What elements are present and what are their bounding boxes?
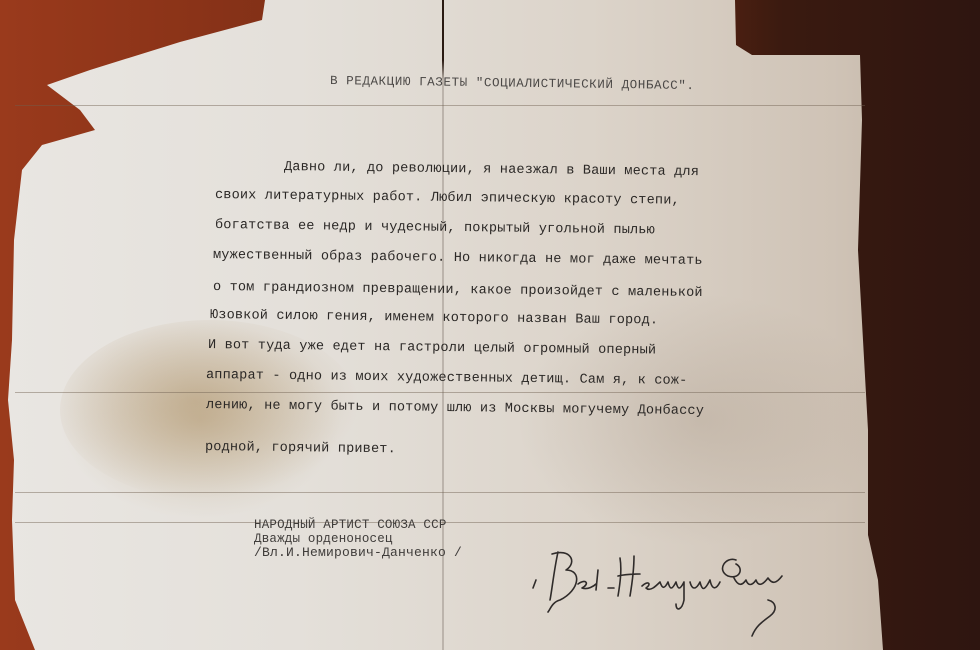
signature-title: НАРОДНЫЙ АРТИСТ СОЮЗА ССР (254, 519, 447, 531)
fold-crease (15, 392, 865, 393)
fold-crease (15, 492, 865, 493)
photo-stage: В РЕДАКЦИЮ ГАЗЕТЫ "СОЦИАЛИСТИЧЕСКИЙ ДОНБ… (0, 0, 980, 650)
signature-honor: Дважды орденоносец (254, 533, 393, 545)
fold-crease (15, 105, 865, 106)
body-line: родной, горячий привет. (205, 440, 396, 457)
signature-typed-name: /Вл.И.Немирович-Данченко / (254, 547, 462, 559)
